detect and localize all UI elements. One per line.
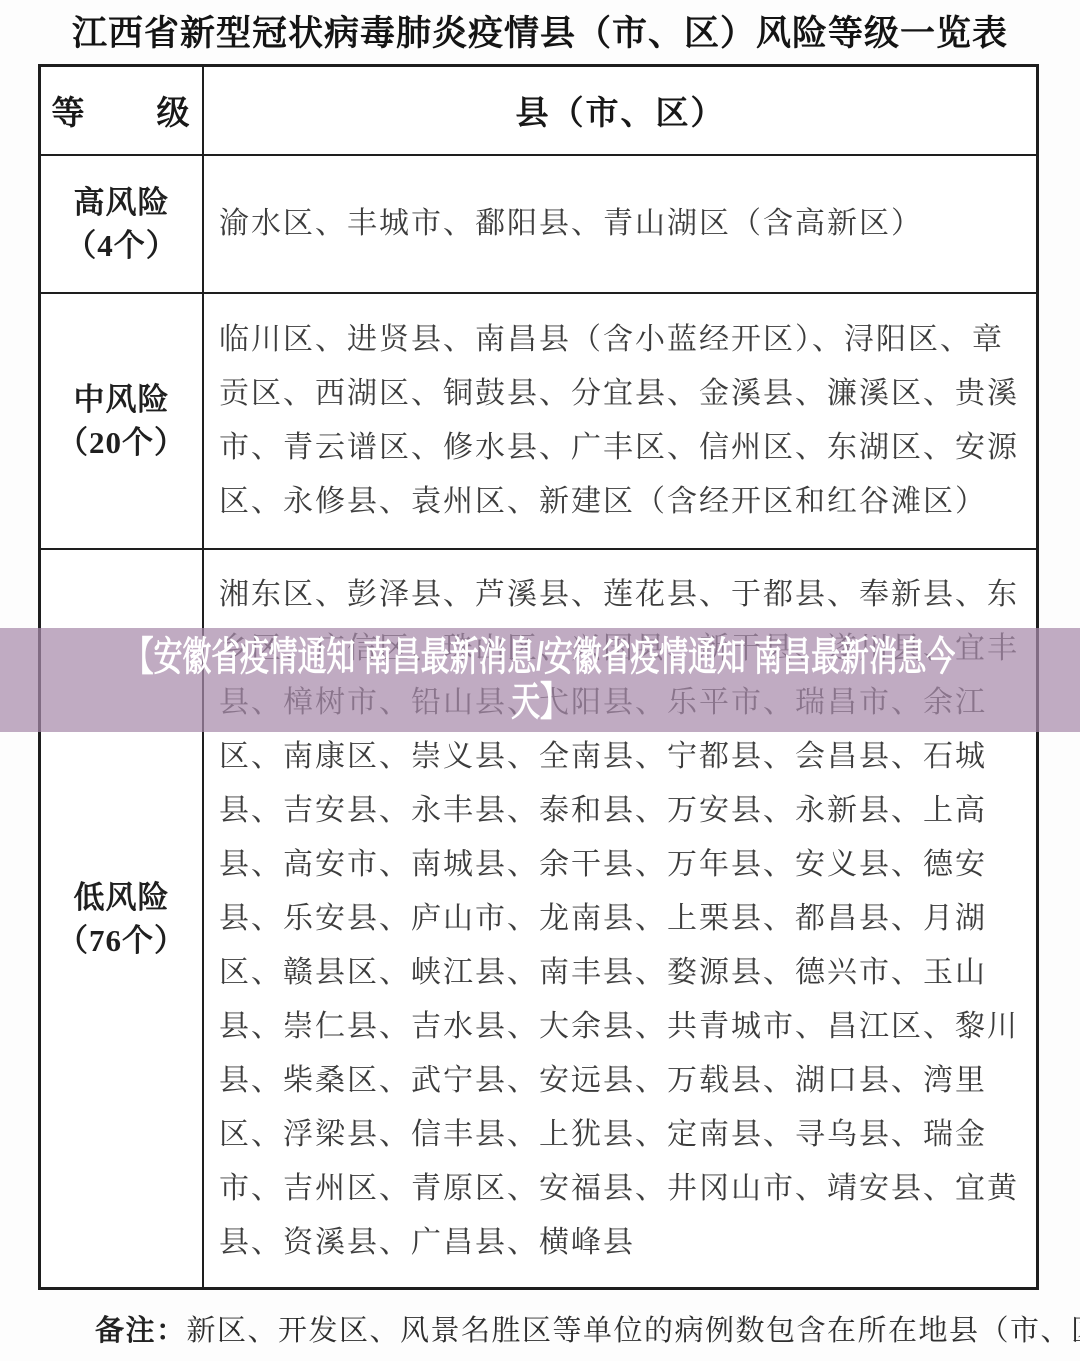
high-risk-level-cell: 高风险（4个） xyxy=(41,156,204,292)
text-line: 县、柴桑区、武宁县、安远县、万载县、湖口县、湾里 xyxy=(219,1054,1022,1108)
footnote-label: 备注： xyxy=(95,1315,187,1347)
text-line: 贡区、西湖区、铜鼓县、分宜县、金溪县、濂溪区、贵溪 xyxy=(219,367,1022,421)
text-line: 县、资溪县、广昌县、横峰县 xyxy=(219,1216,1022,1270)
text-line: 湘东区、彭泽县、芦溪县、莲花县、于都县、奉新县、东 xyxy=(219,568,1022,622)
text-line: （20个） xyxy=(57,421,186,464)
text-line: 市、吉州区、青原区、安福县、井冈山市、靖安县、宜黄 xyxy=(219,1162,1022,1216)
text-line: 市、青云谱区、修水县、广丰区、信州区、东湖区、安源 xyxy=(219,421,1022,475)
header-cell-county: 县（市、区） xyxy=(204,67,1036,154)
header-cell-level: 等 级 xyxy=(41,67,204,154)
text-line: 区、赣县区、峡江县、南丰县、婺源县、德兴市、玉山 xyxy=(219,946,1022,1000)
promo-overlay-text: 【安徽省疫情通知 南昌最新消息/安徽省疫情通知 南昌最新消息今 天】 xyxy=(0,628,1080,732)
table-row-medium-risk: 中风险（20个） 临川区、进贤县、南昌县（含小蓝经开区）、浔阳区、章贡区、西湖区… xyxy=(41,294,1036,550)
text-line: 县、吉安县、永丰县、泰和县、万安县、永新县、上高 xyxy=(219,784,1022,838)
text-line: 区、永修县、袁州区、新建区（含经开区和红谷滩区） xyxy=(219,475,1022,529)
header-county-label: 县（市、区） xyxy=(516,87,726,134)
footnote: 备注：新区、开发区、风景名胜区等单位的病例数包含在所在地县（市、区）。 xyxy=(95,1310,1055,1352)
footnote-text: 新区、开发区、风景名胜区等单位的病例数包含在所在地县（市、区）。 xyxy=(187,1315,1080,1347)
promo-overlay-line2: 天】 xyxy=(511,680,569,725)
text-line: 渝水区、丰城市、鄱阳县、青山湖区（含高新区） xyxy=(219,197,1022,251)
text-line: 县、乐安县、庐山市、龙南县、上栗县、都昌县、月湖 xyxy=(219,892,1022,946)
page: { "title": "江西省新型冠状病毒肺炎疫情县（市、区）风险等级一览表",… xyxy=(0,0,1080,1361)
text-line: 低风险 xyxy=(74,876,170,919)
page-title: 江西省新型冠状病毒肺炎疫情县（市、区）风险等级一览表 xyxy=(0,6,1080,56)
table-row-high-risk: 高风险（4个） 渝水区、丰城市、鄱阳县、青山湖区（含高新区） xyxy=(41,156,1036,294)
medium-risk-level-cell: 中风险（20个） xyxy=(41,294,204,548)
text-line: 中风险 xyxy=(74,378,170,421)
text-line: 县、崇仁县、吉水县、大余县、共青城市、昌江区、黎川 xyxy=(219,1000,1022,1054)
text-line: 区、南康区、崇义县、全南县、宁都县、会昌县、石城 xyxy=(219,730,1022,784)
text-line: （4个） xyxy=(65,224,178,267)
text-line: 区、浮梁县、信丰县、上犹县、定南县、寻乌县、瑞金 xyxy=(219,1108,1022,1162)
promo-overlay-line1: 【安徽省疫情通知 南昌最新消息/安徽省疫情通知 南昌最新消息今 xyxy=(125,635,955,680)
medium-risk-county-cell: 临川区、进贤县、南昌县（含小蓝经开区）、浔阳区、章贡区、西湖区、铜鼓县、分宜县、… xyxy=(204,294,1036,548)
text-line: 县、高安市、南城县、余干县、万年县、安义县、德安 xyxy=(219,838,1022,892)
header-level-label: 等 级 xyxy=(52,87,192,134)
table-header-row: 等 级 县（市、区） xyxy=(41,67,1036,156)
text-line: （76个） xyxy=(57,919,186,962)
high-risk-county-cell: 渝水区、丰城市、鄱阳县、青山湖区（含高新区） xyxy=(204,156,1036,292)
text-line: 临川区、进贤县、南昌县（含小蓝经开区）、浔阳区、章 xyxy=(219,313,1022,367)
text-line: 高风险 xyxy=(74,181,170,224)
